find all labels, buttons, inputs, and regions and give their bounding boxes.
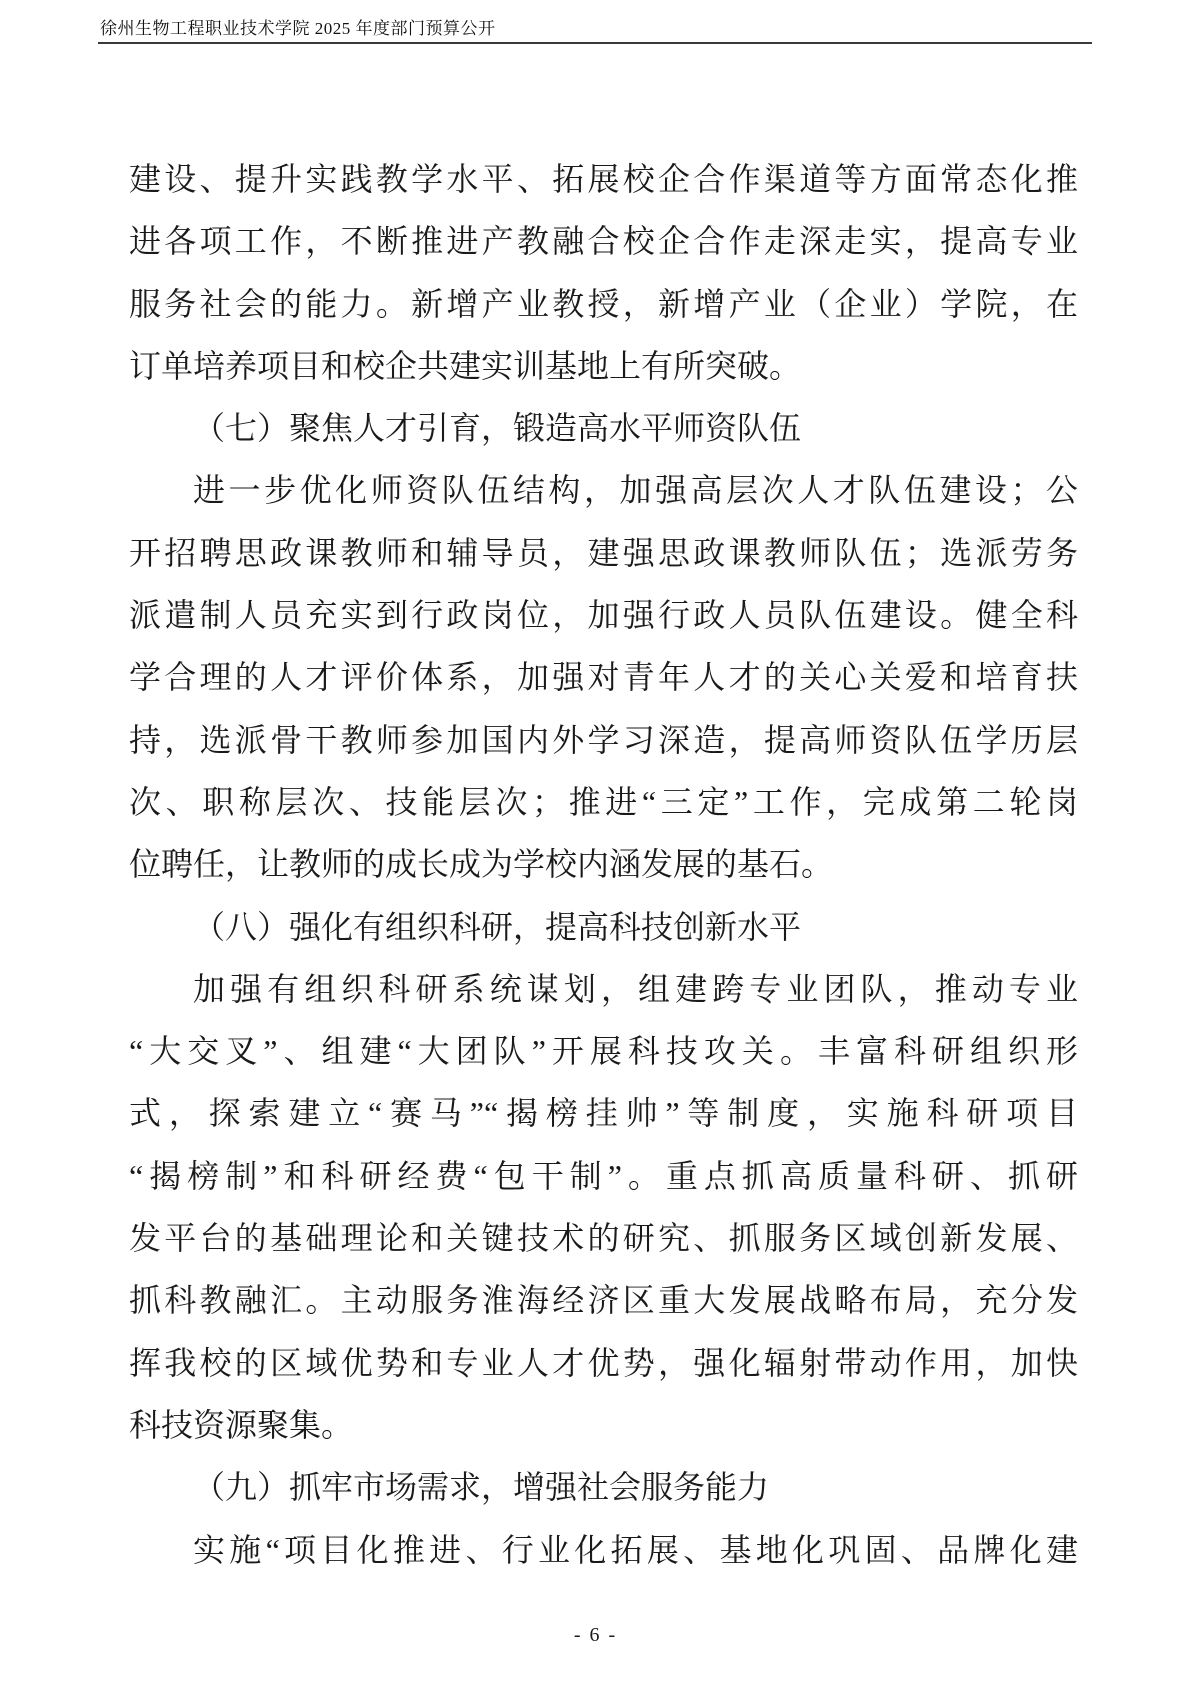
text-line: 位聘任，让教师的成长成为学校内涵发展的基石。 [129,833,1078,895]
page-header: 徐州生物工程职业技术学院 2025 年度部门预算公开 [100,18,1092,40]
text-line: 式，探索建立“赛马”“揭榜挂帅”等制度，实施科研项目 [129,1082,1078,1144]
text-line: 科技资源聚集。 [129,1394,1078,1456]
text-line: 次、职称层次、技能层次；推进“三定”工作，完成第二轮岗 [129,771,1078,833]
text-line: （八）强化有组织科研，提高科技创新水平 [129,896,1078,958]
text-line: 开招聘思政课教师和辅导员，建强思政课教师队伍；选派劳务 [129,522,1078,584]
text-line: 实施“项目化推进、行业化拓展、基地化巩固、品牌化建 [129,1519,1078,1581]
header-title: 徐州生物工程职业技术学院 2025 年度部门预算公开 [100,19,496,38]
page-footer: - 6 - [0,1624,1191,1647]
text-line: 抓科教融汇。主动服务淮海经济区重大发展战略布局，充分发 [129,1269,1078,1331]
text-line: 订单培养项目和校企共建实训基地上有所突破。 [129,335,1078,397]
text-line: 学合理的人才评价体系，加强对青年人才的关心关爱和培育扶 [129,646,1078,708]
text-line: 派遣制人员充实到行政岗位，加强行政人员队伍建设。健全科 [129,584,1078,646]
text-line: 发平台的基础理论和关键技术的研究、抓服务区域创新发展、 [129,1207,1078,1269]
text-line: 挥我校的区域优势和专业人才优势，强化辐射带动作用，加快 [129,1332,1078,1394]
document-body: 建设、提升实践教学水平、拓展校企合作渠道等方面常态化推进各项工作，不断推进产教融… [129,148,1078,1581]
text-line: 加强有组织科研系统谋划，组建跨专业团队，推动专业 [129,958,1078,1020]
document-page: 徐州生物工程职业技术学院 2025 年度部门预算公开 建设、提升实践教学水平、拓… [0,0,1191,1684]
header-rule [98,42,1092,44]
text-line: 服务社会的能力。新增产业教授，新增产业（企业）学院，在 [129,273,1078,335]
text-line: （九）抓牢市场需求，增强社会服务能力 [129,1456,1078,1518]
text-line: 进一步优化师资队伍结构，加强高层次人才队伍建设；公 [129,459,1078,521]
text-line: 进各项工作，不断推进产教融合校企合作走深走实，提高专业 [129,210,1078,272]
text-line: 建设、提升实践教学水平、拓展校企合作渠道等方面常态化推 [129,148,1078,210]
text-line: “大交叉”、组建“大团队”开展科技攻关。丰富科研组织形 [129,1020,1078,1082]
text-line: （七）聚焦人才引育，锻造高水平师资队伍 [129,397,1078,459]
text-line: 持，选派骨干教师参加国内外学习深造，提高师资队伍学历层 [129,709,1078,771]
text-line: “揭榜制”和科研经费“包干制”。重点抓高质量科研、抓研 [129,1145,1078,1207]
page-number: - 6 - [574,1624,617,1646]
